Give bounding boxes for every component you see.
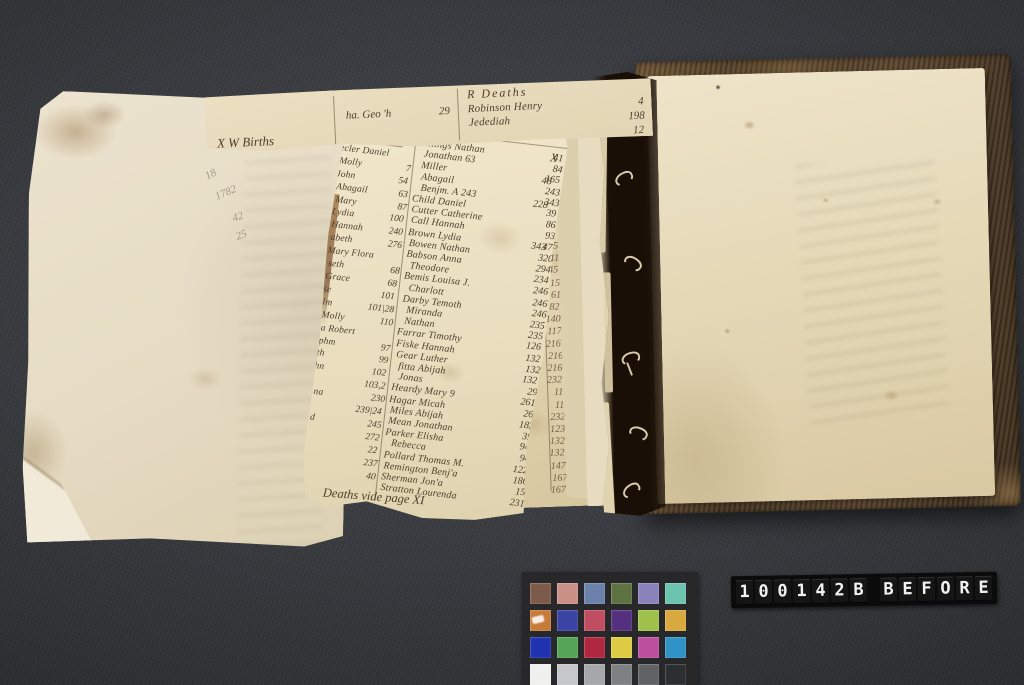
color-patch [557, 583, 578, 604]
label-tile: 2 [831, 578, 848, 603]
slip-col-deaths: R Deaths Robinson Henry4Jedediah19812 [467, 79, 645, 145]
slip-entry-name: ha. Geo 'h [346, 108, 392, 122]
stitching-thread [613, 169, 636, 189]
color-patch [584, 664, 605, 685]
label-tile: 0 [774, 579, 791, 604]
entry-number: 97 [366, 340, 391, 356]
entry-number [368, 335, 392, 338]
ruled-line [333, 96, 336, 144]
color-patch [557, 637, 578, 658]
color-patch [611, 583, 632, 604]
book-right-blank-page [647, 68, 995, 504]
color-patch [584, 637, 605, 658]
photograph-stage: becca151115|4515y6182140117216216216ton2… [0, 0, 1024, 685]
stitching-thread [621, 252, 644, 274]
entry-number [375, 258, 399, 261]
color-patch [611, 610, 632, 631]
ink-bleedthrough [795, 157, 950, 425]
label-tile: 0 [755, 579, 772, 604]
label-tile: O [937, 576, 954, 601]
margin-mark: 48 [541, 175, 552, 187]
stitching-thread [627, 423, 650, 443]
entry-number: 198 [621, 109, 646, 124]
color-patch [638, 583, 659, 604]
label-tile: E [975, 575, 992, 600]
color-patch [530, 610, 551, 631]
slip-col-entry: ha. Geo 'h 29 [346, 105, 450, 122]
entry-number: 147 [542, 460, 566, 473]
color-patch [638, 610, 659, 631]
entry-number: 167 [542, 484, 566, 497]
color-patch [638, 637, 659, 658]
stitching-thread [620, 480, 643, 501]
label-tile: R [956, 576, 973, 601]
scuff-mark [531, 615, 544, 625]
entry-name: na [313, 386, 324, 400]
margin-mark: 228 [532, 199, 548, 212]
blank-stained-page: 18 1782 42 25 [21, 90, 353, 549]
label-tile: 4 [812, 578, 829, 603]
label-tile: B [880, 577, 897, 602]
entry-number: 132 [540, 448, 564, 461]
color-patch [665, 664, 686, 685]
color-patch [557, 664, 578, 685]
color-patch [611, 637, 632, 658]
color-patch [611, 664, 632, 685]
entry-number: 101 [370, 289, 395, 304]
color-patch [638, 664, 659, 685]
ruled-line [457, 89, 460, 141]
label-gap [869, 577, 878, 602]
entry-name: seth [327, 258, 344, 273]
identification-label: 100142BBEFORE [731, 572, 998, 609]
color-patch [584, 583, 605, 604]
entry-number: 4 [619, 94, 644, 110]
entry-name: lm [322, 296, 333, 310]
pencil-mark: 1782 [213, 183, 238, 203]
color-calibration-target [522, 572, 698, 685]
stitching-thread [620, 350, 641, 367]
color-patch [665, 583, 686, 604]
entry-name: d [309, 411, 315, 424]
label-tile: F [918, 576, 935, 601]
color-patch [665, 610, 686, 631]
entry-number [389, 156, 413, 159]
label-tile: 1 [793, 578, 810, 603]
entry-number: 40 [351, 468, 376, 484]
color-patch [530, 637, 551, 658]
entry-number: 12 [620, 122, 645, 138]
label-tile: E [899, 577, 916, 602]
color-patch [584, 610, 605, 631]
color-patch [530, 583, 551, 604]
label-tile: 1 [736, 579, 753, 604]
color-patch [665, 637, 686, 658]
entry-number: 231 [500, 496, 525, 510]
pencil-mark: 18 [203, 167, 218, 183]
slip-title: X W Births [217, 132, 285, 152]
entry-name: Jedediah [469, 114, 511, 130]
folded-corner [21, 412, 96, 544]
entry-number: 68 [375, 263, 400, 279]
label-tile: B [850, 577, 867, 602]
slip-entry-value: 29 [439, 105, 451, 117]
entry-name: phm [318, 335, 336, 350]
entry-number: 245 [357, 417, 382, 433]
color-patch [530, 664, 551, 685]
margin-mark: 343 [531, 241, 547, 254]
color-patch [557, 610, 578, 631]
